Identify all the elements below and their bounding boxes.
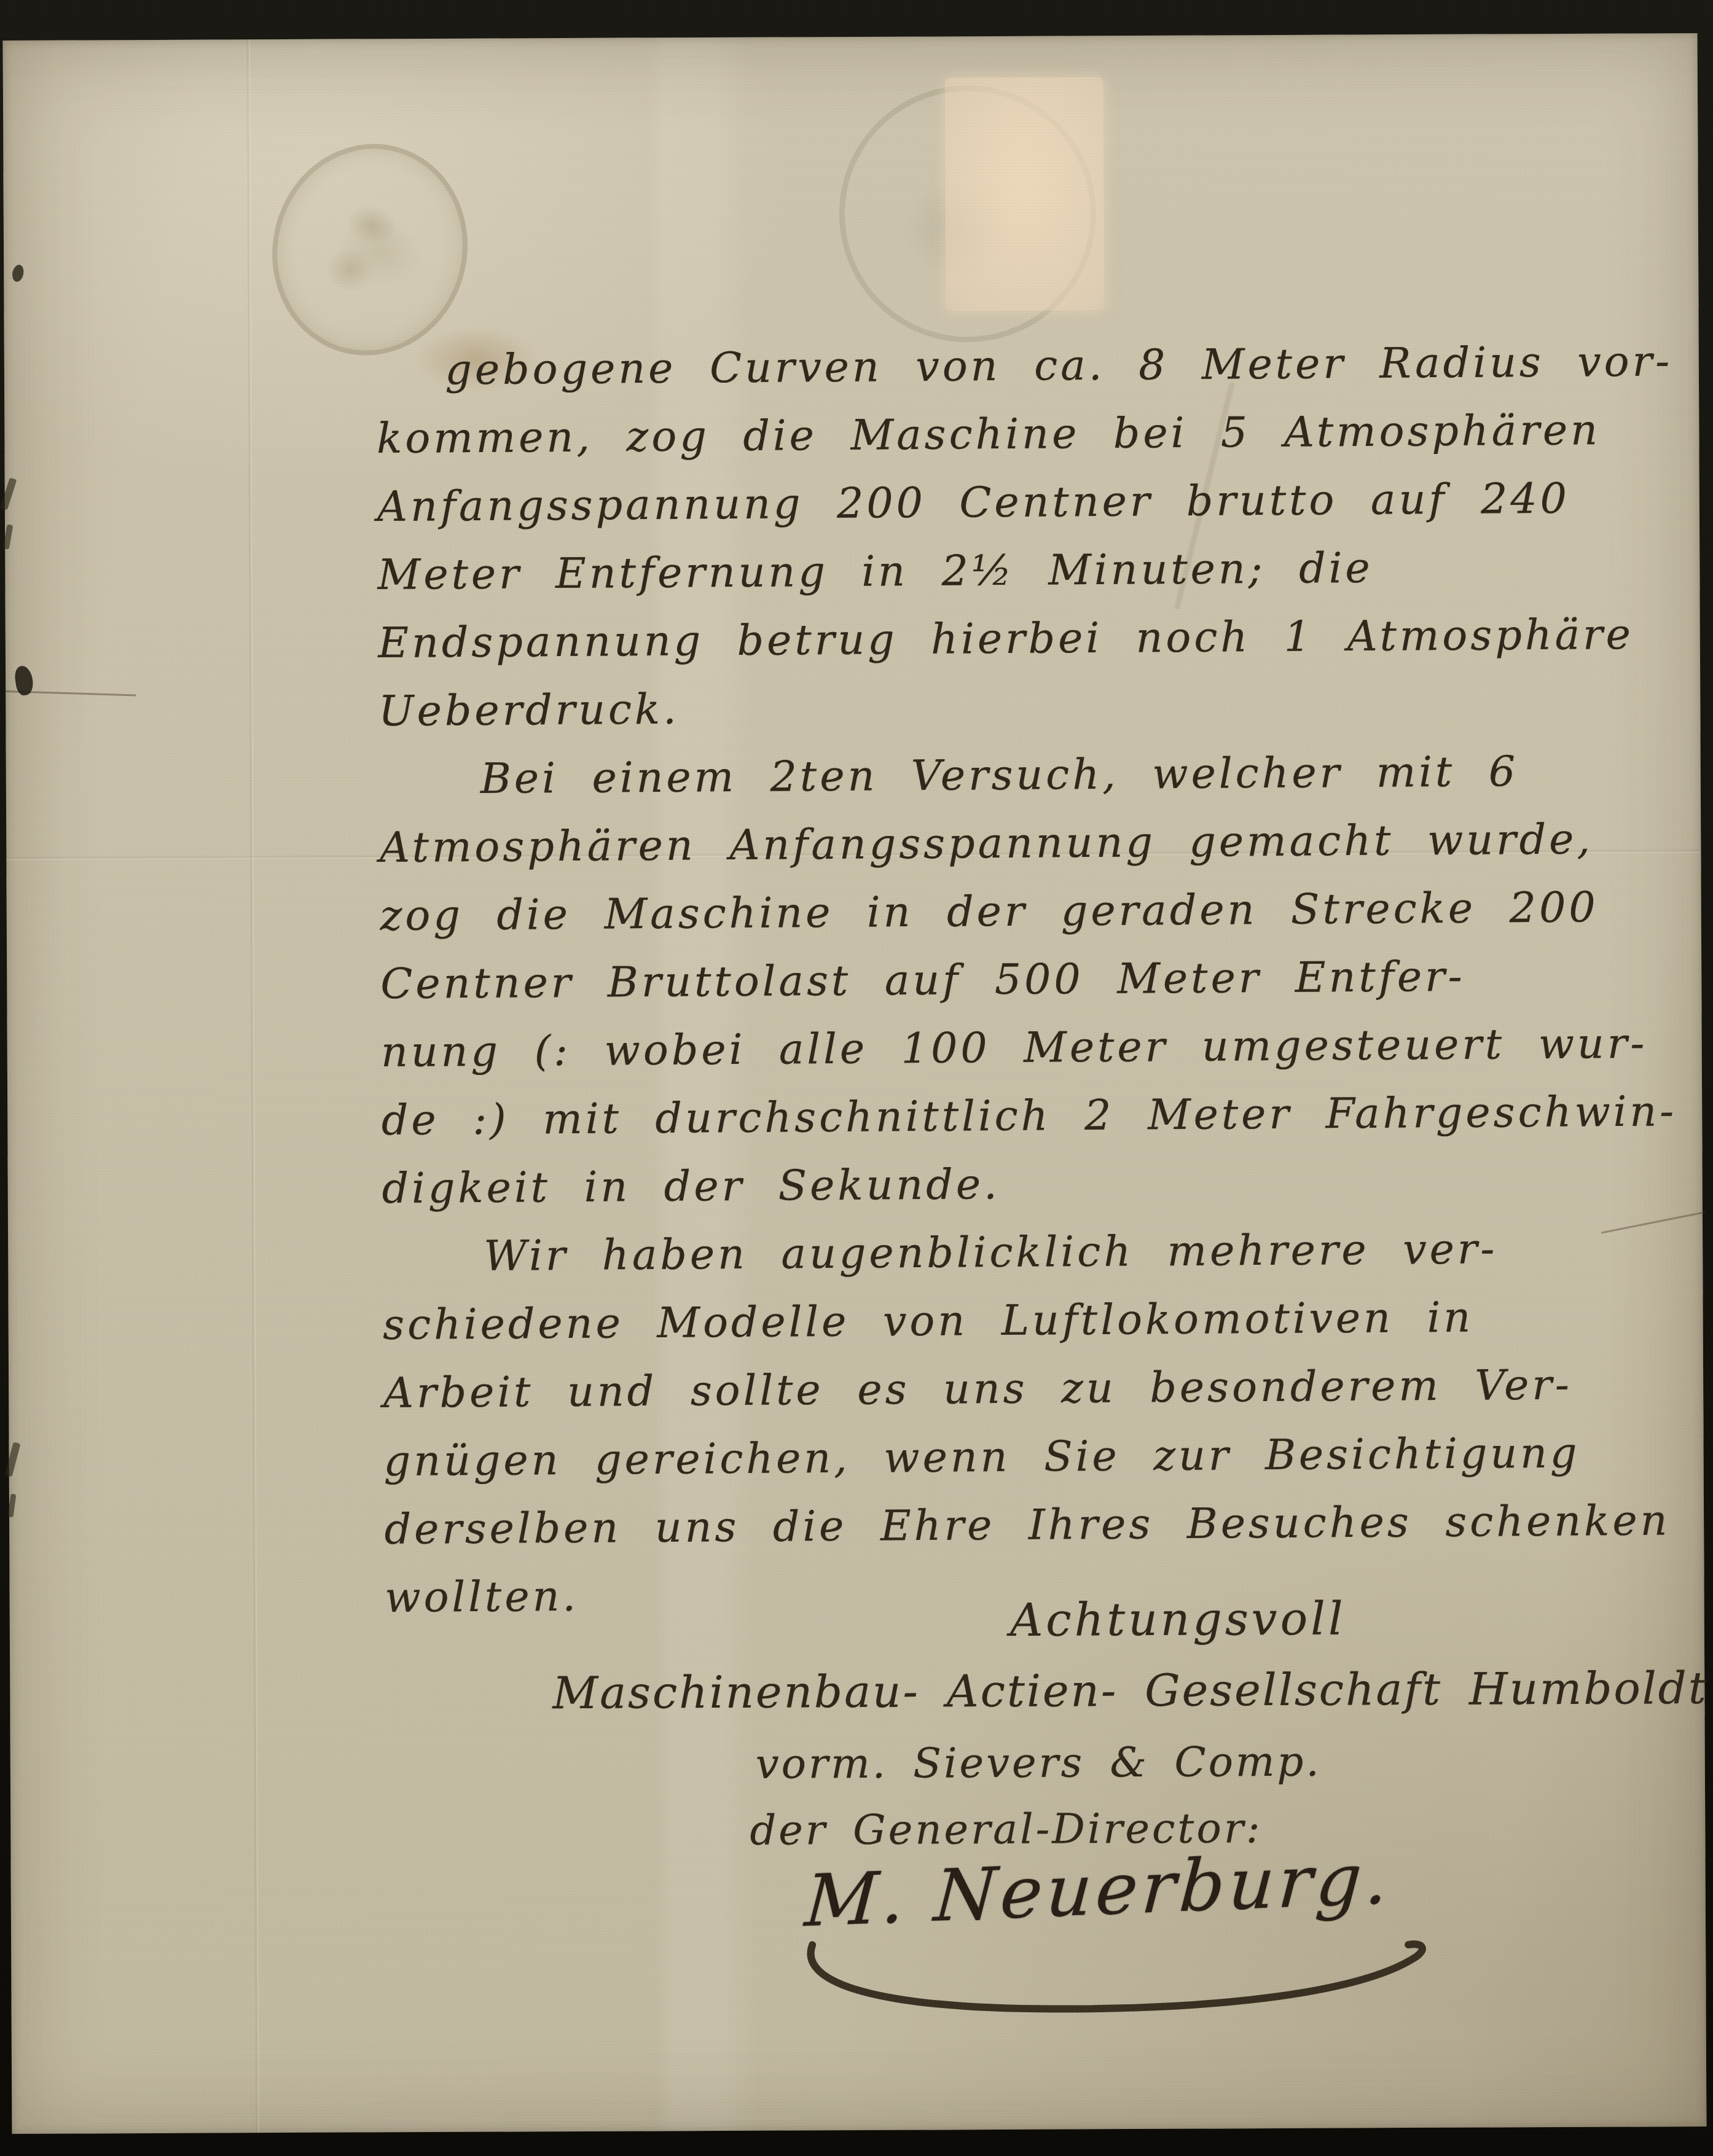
signature-underline-flourish xyxy=(789,1931,1453,2033)
edge-ink-fragment xyxy=(0,477,17,510)
handwriting-line: Meter Entfernung in 2½ Minuten; die xyxy=(377,533,1650,609)
ink-blot xyxy=(11,264,25,283)
handwriting-line: digkeit in der Sekunde. xyxy=(382,1146,1654,1223)
handwriting-line: Ueberdruck. xyxy=(378,669,1651,746)
handwriting-line: Arbeit und sollte es uns zu besonderem V… xyxy=(383,1351,1656,1428)
closing-company-name: Maschinenbau- Actien- Gesellschaft Humbo… xyxy=(552,1662,1708,1719)
stamp-residue-patch xyxy=(945,77,1105,311)
edge-ink-fragment xyxy=(7,1494,16,1518)
handwriting-line: nung (: wobei alle 100 Meter umgesteuert… xyxy=(381,1010,1653,1087)
handwriting-line: Wir haben augenblicklich mehrere ver- xyxy=(382,1214,1655,1291)
closing-salutation: Achtungsvoll xyxy=(1010,1593,1346,1647)
handwriting-line: de :) mit durchschnittlich 2 Meter Fahrg… xyxy=(381,1078,1653,1155)
edge-ink-fragment xyxy=(5,1442,21,1477)
handwriting-line: Atmosphären Anfangsspannung gemacht wurd… xyxy=(379,805,1652,882)
handwriting-line: zog die Maschine in der geraden Strecke … xyxy=(380,873,1652,950)
handwriting-line: Endspannung betrug hierbei noch 1 Atmosp… xyxy=(378,601,1650,678)
handwriting-line: Centner Bruttolast auf 500 Meter Entfer- xyxy=(380,942,1653,1018)
handwriting-line: Anfangsspannung 200 Centner brutto auf 2… xyxy=(377,464,1649,541)
handwriting-line: gnügen gereichen, wenn Sie zur Besichtig… xyxy=(383,1419,1656,1496)
closing-company-predecessor: vorm. Sievers & Comp. xyxy=(756,1738,1322,1788)
handwriting-line: kommen, zog die Maschine bei 5 Atmosphär… xyxy=(377,396,1649,473)
handwriting-line: derselben uns die Ehre Ihres Besuches sc… xyxy=(384,1487,1656,1564)
handwriting-line: Bei einem 2ten Versuch, welcher mit 6 xyxy=(379,737,1652,814)
vertical-fold-crease xyxy=(246,39,261,2133)
handwriting-line: gebogene Curven von ca. 8 Meter Radius v… xyxy=(376,328,1648,405)
handwriting-line: schiedene Modelle von Luftlokomotiven in xyxy=(383,1283,1655,1359)
edge-ink-fragment xyxy=(3,524,14,549)
letter-body: gebogene Curven von ca. 8 Meter Radius v… xyxy=(376,328,1657,1632)
scanned-letter-page: gebogene Curven von ca. 8 Meter Radius v… xyxy=(0,0,1713,2156)
letter-paper: gebogene Curven von ca. 8 Meter Radius v… xyxy=(3,33,1707,2134)
